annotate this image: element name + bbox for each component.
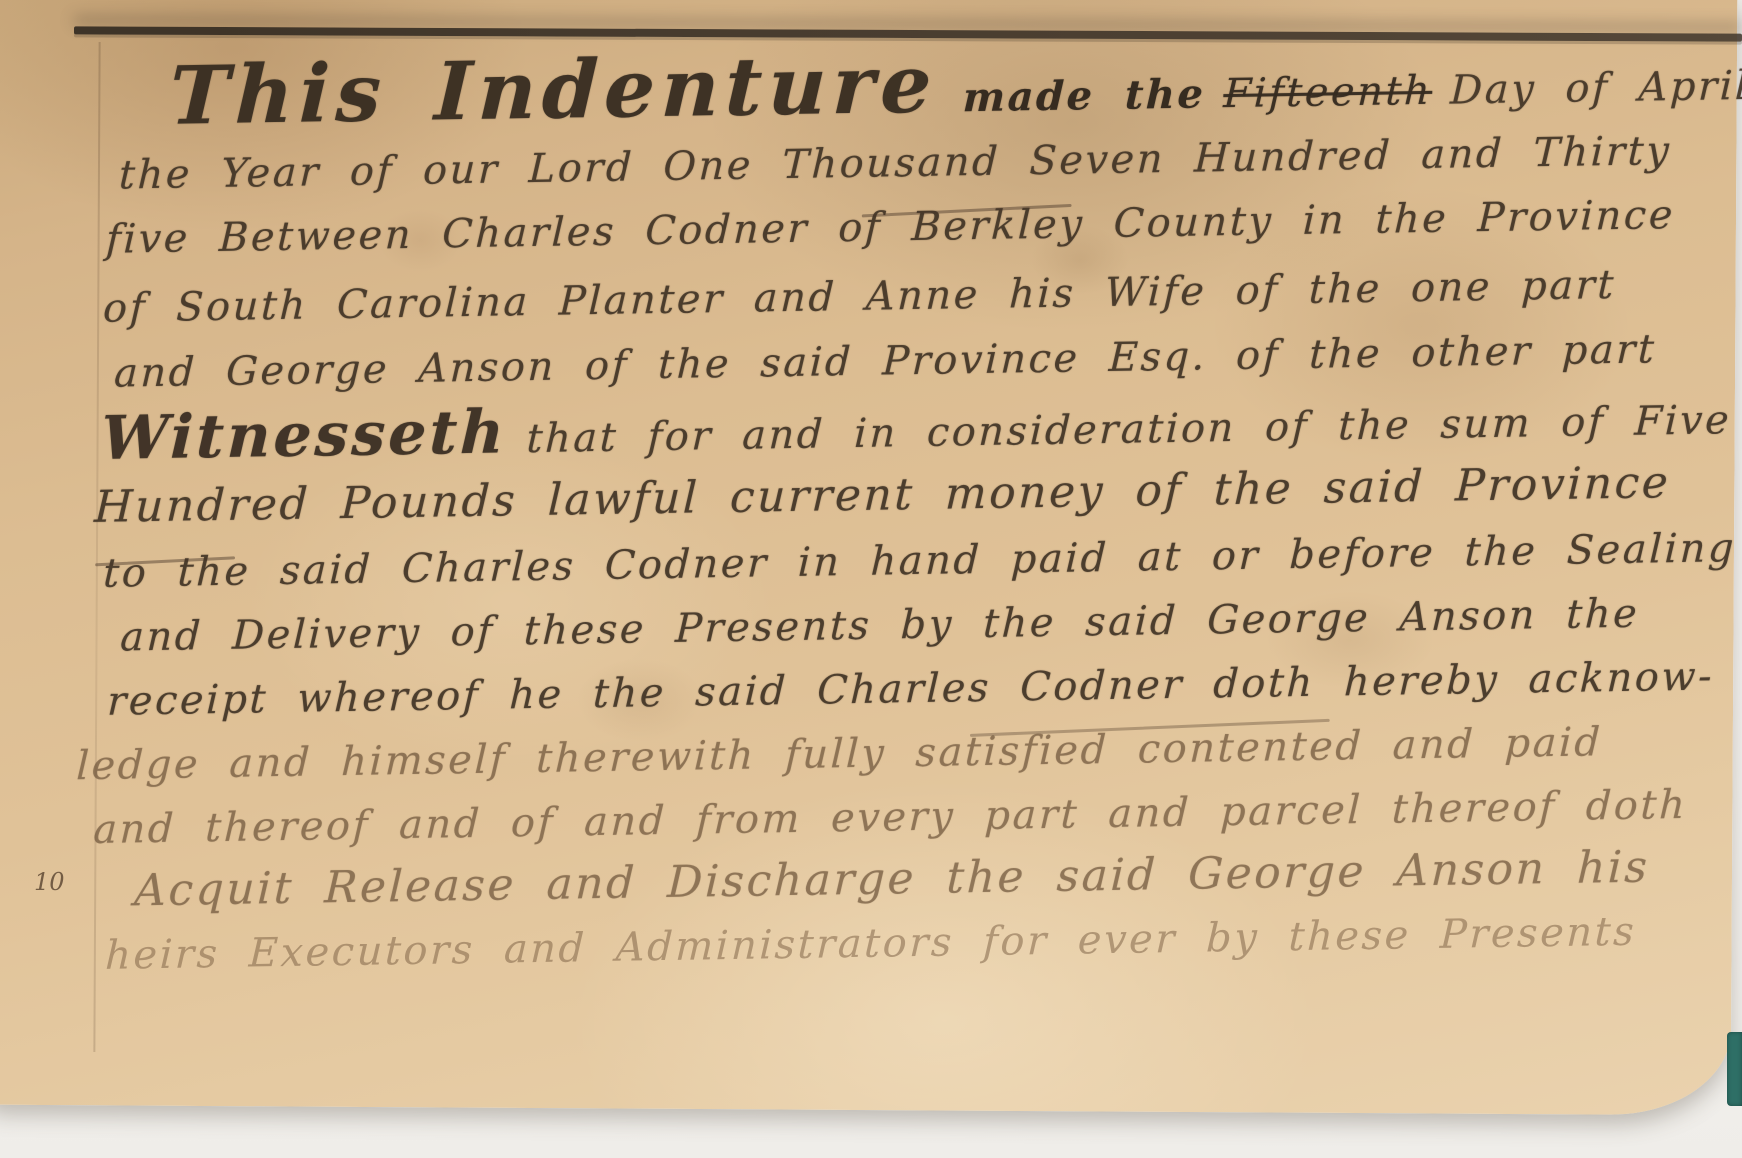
manuscript-line-11: ledge and himself therewith fully satisf… — [75, 719, 1603, 789]
line1-rest: Day of April in — [1449, 62, 1742, 114]
manuscript-line-1: This Indenturemade theFifteenthDay of Ap… — [168, 24, 1742, 142]
line1-struck-word: Fifteenth — [1223, 68, 1434, 117]
manuscript-line-10: receipt whereof he the said Charles Codn… — [106, 653, 1715, 724]
manuscript-line-12: and thereof and of and from every part a… — [92, 782, 1688, 853]
opening-words: This Indenture — [168, 37, 939, 143]
manuscript-line-13: Acquit Release and Discharge the said Ge… — [133, 843, 1650, 917]
manuscript-line-14: heirs Executors and Administrators for e… — [104, 909, 1637, 979]
manuscript-line-8: to the said Charles Codner in hand paid … — [102, 525, 1737, 597]
manuscript-line-4: of South Carolina Planter and Anne his W… — [102, 262, 1616, 332]
line6-rest: that for and in consideration of the sum… — [526, 397, 1732, 462]
manuscript-line-9: and Delivery of these Presents by the sa… — [119, 591, 1640, 661]
handwriting-layer: This Indenturemade theFifteenthDay of Ap… — [0, 0, 1742, 1158]
witnesseth-word: Witnesseth — [100, 397, 508, 473]
manuscript-line-3: five Between Charles Codner of Berkley C… — [105, 192, 1676, 263]
manuscript-photo: 10 This Indenturemade theFifteenthDay of… — [0, 0, 1742, 1158]
line1-made-the: made the — [962, 70, 1206, 121]
